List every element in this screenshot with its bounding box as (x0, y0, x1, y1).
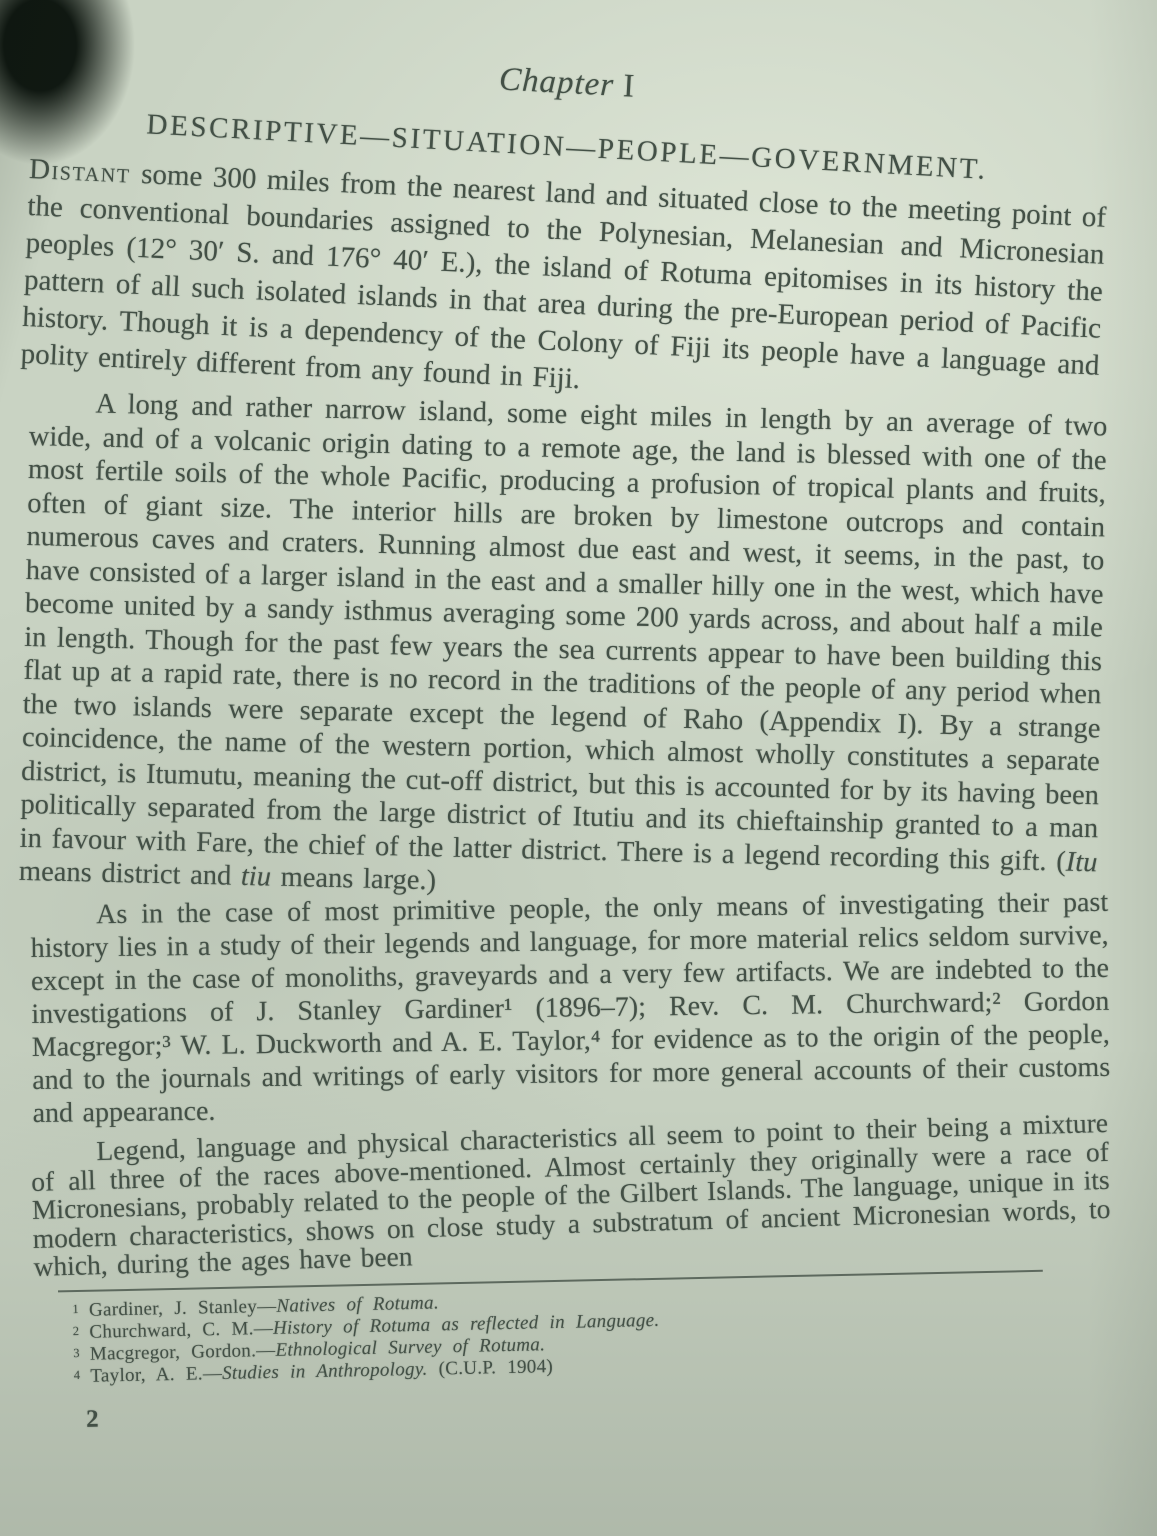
body-text: Legend, language and physical characteri… (31, 1106, 1111, 1281)
page-content: ChapterI DESCRIPTIVE—SITUATION—PEOPLE—GO… (30, 34, 1108, 1425)
leadin-smallcaps: Distant (28, 153, 131, 190)
chapter-numeral: I (622, 68, 636, 105)
footnote-marker: 2 (73, 1321, 80, 1341)
footnote-marker: 1 (72, 1299, 79, 1319)
body-text: means large.) (271, 862, 437, 897)
footnotes: 1Gardiner, J. Stanley—Natives of Rotuma.… (30, 1277, 1110, 1388)
footnote-title: Studies in Anthropology. (222, 1359, 428, 1384)
body-text: means district and (19, 856, 242, 892)
footnote-marker: 4 (74, 1365, 81, 1385)
book-page-photo: ChapterI DESCRIPTIVE—SITUATION—PEOPLE—GO… (0, 0, 1157, 1536)
page-number: 2 (86, 1388, 1108, 1434)
body-text: As in the case of most primitive people,… (30, 886, 1110, 1128)
body-text: some 300 miles from the nearest land and… (20, 158, 1107, 396)
footnote-marker: 3 (73, 1343, 80, 1363)
chapter-word: Chapter (498, 61, 615, 103)
paragraph: A long and rather narrow island, some ei… (19, 386, 1108, 913)
paragraph: Distant some 300 miles from the nearest … (20, 151, 1107, 422)
footnote-suffix: (C.U.P. 1904) (427, 1356, 553, 1380)
paragraphs: Distant some 300 miles from the nearest … (30, 151, 1108, 1281)
paragraph: Legend, language and physical characteri… (30, 1108, 1112, 1281)
footnote-author: Taylor, A. E.— (90, 1363, 222, 1387)
italic-term: tiu (241, 861, 272, 893)
italic-term: Itu (1065, 846, 1097, 878)
paragraph: As in the case of most primitive people,… (30, 885, 1111, 1129)
footnote-block: 1Gardiner, J. Stanley—Natives of Rotuma.… (30, 1268, 1110, 1388)
body-text: A long and rather narrow island, some ei… (19, 388, 1107, 877)
